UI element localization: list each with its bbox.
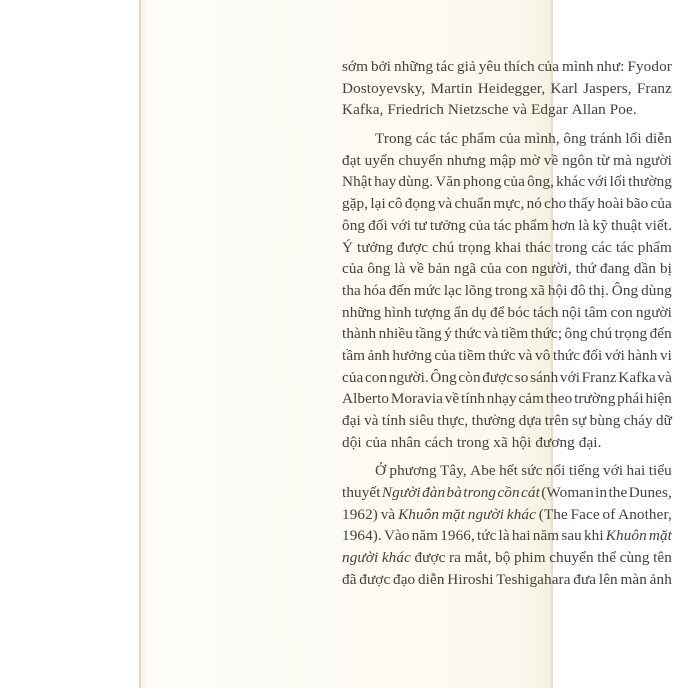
- text-line: Trongcáctácphẩmcủamình,ôngtránhlốidiễn: [342, 128, 672, 150]
- body-word: thị.: [589, 280, 609, 302]
- text-line: ỞphươngTây,Abehếtsứcnổitiếngvớihaitiểu: [342, 460, 672, 482]
- body-word: chuyển: [398, 150, 442, 172]
- body-word: Tây,: [440, 460, 467, 482]
- body-word: dùng.: [398, 171, 433, 193]
- body-word: còn: [458, 367, 480, 389]
- body-word: dùng: [641, 280, 672, 302]
- body-word: Poe.: [610, 99, 637, 121]
- body-word: Allan: [572, 99, 606, 121]
- body-word: bị: [660, 258, 672, 280]
- body-word: hai: [627, 460, 646, 482]
- body-word: diễn: [418, 569, 445, 591]
- body-word: bùng: [590, 410, 621, 432]
- body-word: sớm: [342, 56, 368, 78]
- body-word: những: [342, 302, 381, 324]
- body-word: (Woman: [541, 482, 594, 504]
- body-word: với: [603, 460, 623, 482]
- body-word: con: [611, 302, 633, 324]
- body-word: lạc: [444, 280, 462, 302]
- body-word: gặp,: [342, 193, 368, 215]
- body-word: kỹ: [593, 215, 608, 237]
- body-word: trong: [457, 432, 490, 454]
- body-word: ẩn: [454, 302, 469, 324]
- text-line: Ýtưởngđượcchútrọngkhaitháctrongcáctácphẩ…: [342, 237, 672, 259]
- body-word: đưa: [573, 569, 596, 591]
- text-line: củaconngười.ÔngcònđượcsosánhvớiFranzKafk…: [342, 367, 672, 389]
- body-word: hết: [499, 460, 518, 482]
- body-word: và: [438, 193, 453, 215]
- body-word: cách: [425, 432, 453, 454]
- book-title-word: Người: [382, 482, 421, 504]
- body-word: về: [445, 388, 460, 410]
- body-word: in: [595, 482, 607, 504]
- body-word: dụ: [471, 302, 486, 324]
- body-word: lối: [625, 128, 641, 150]
- body-word: đọng: [405, 193, 436, 215]
- body-word: của: [342, 258, 363, 280]
- book-title-word: Khuôn: [398, 504, 439, 526]
- body-word: của: [499, 128, 520, 150]
- page-left-edge: [139, 0, 141, 688]
- body-word: Trong: [375, 128, 412, 150]
- body-word: đối: [583, 345, 603, 367]
- body-word: mực,: [493, 193, 524, 215]
- body-word: yêu: [479, 56, 501, 78]
- body-word: ra: [449, 547, 461, 569]
- text-line: 1962)vàKhuônmặtngườikhác(TheFaceofAnothe…: [342, 504, 672, 526]
- body-word: ông: [565, 323, 588, 345]
- text-line: đạivàtínhsiêuthực,thườngdựatrênsựbùngchá…: [342, 410, 672, 432]
- body-word: ông: [563, 128, 586, 150]
- body-word: (The: [539, 504, 568, 526]
- body-word: tác: [440, 128, 458, 150]
- body-word: bóc: [508, 302, 530, 324]
- body-word: lối: [610, 171, 626, 193]
- body-word: mập: [490, 150, 516, 172]
- body-word: lên: [599, 569, 618, 591]
- text-line: dộicủanhâncáchtrongxãhộiđươngđại.: [342, 432, 672, 454]
- body-word: chú: [432, 237, 454, 259]
- body-word: thác: [525, 237, 551, 259]
- body-word: tầng: [415, 323, 442, 345]
- body-word: tính: [382, 410, 406, 432]
- book-title-word: người: [342, 547, 378, 569]
- body-word: Face: [571, 504, 600, 526]
- body-word: Franz: [582, 367, 617, 389]
- body-word: Văn: [435, 171, 461, 193]
- body-word: ý: [444, 323, 452, 345]
- body-word: hội: [548, 280, 568, 302]
- body-word: đô: [570, 280, 585, 302]
- body-word: là: [499, 525, 510, 547]
- body-word: là: [578, 215, 589, 237]
- body-word: phẩm: [461, 128, 495, 150]
- text-line: nhữnghìnhtượngẩndụđểbóctáchnộitâmconngườ…: [342, 302, 672, 324]
- text-line: thahóađếnmứclạclõngtrongxãhộiđôthị.Ôngdù…: [342, 280, 672, 302]
- body-word: đã: [342, 569, 357, 591]
- body-word: từ: [597, 150, 610, 172]
- body-word: nội: [562, 302, 582, 324]
- body-word: con: [365, 367, 387, 389]
- body-word: trọng: [615, 323, 648, 345]
- body-word: thức: [454, 323, 481, 345]
- body-word: viết.: [645, 215, 672, 237]
- body-word: về: [409, 258, 424, 280]
- body-word: Fyodor: [627, 56, 671, 78]
- body-word: mờ: [520, 150, 540, 172]
- body-word: hình: [384, 302, 411, 324]
- body-word: người.: [389, 367, 429, 389]
- book-title-word: đàn: [422, 482, 445, 504]
- body-word: hóa: [364, 280, 386, 302]
- body-word: mắt,: [465, 547, 492, 569]
- body-word: như:: [596, 56, 624, 78]
- text-line: Dostoyevsky,MartinHeidegger,KarlJaspers,…: [342, 78, 672, 100]
- body-word: tiềm: [501, 323, 528, 345]
- body-word: nổi: [546, 460, 566, 482]
- body-word: Martin: [431, 78, 473, 100]
- text-line: sớmbởinhữngtácgiảyêuthíchcủamìnhnhư:Fyod…: [342, 56, 672, 78]
- body-word: cô: [388, 193, 403, 215]
- body-word: thứ: [576, 258, 596, 280]
- body-word: Franz: [637, 78, 672, 100]
- body-word: xã: [530, 280, 545, 302]
- body-word: bởi: [371, 56, 391, 78]
- body-word: với: [605, 345, 625, 367]
- body-word: về: [544, 150, 559, 172]
- body-word: phẩm: [638, 237, 672, 259]
- body-word: tiểu: [649, 460, 672, 482]
- body-word: tính: [461, 388, 485, 410]
- body-word: chuyển: [549, 547, 593, 569]
- body-word: tránh: [590, 128, 622, 150]
- body-word: con: [506, 258, 528, 280]
- body-word: Friedrich: [387, 99, 444, 121]
- book-title-word: mặt: [442, 504, 465, 526]
- body-word: ngã: [454, 258, 476, 280]
- body-word: Ở: [375, 460, 386, 482]
- body-word: tâm: [584, 302, 607, 324]
- body-word: với: [560, 367, 580, 389]
- book-title-word: khác: [382, 547, 411, 569]
- body-word: đại: [342, 410, 361, 432]
- body-word: hai: [512, 525, 531, 547]
- text-line: AlbertoMoraviavềtínhnhạycảmtheotrườngphá…: [342, 388, 672, 410]
- body-word: Dunes,: [629, 482, 672, 504]
- body-word: hành: [628, 345, 658, 367]
- body-word: ảnh: [650, 569, 672, 591]
- body-word: nhạy: [487, 388, 517, 410]
- body-word: khi: [584, 525, 604, 547]
- book-title-word: cồn: [497, 482, 519, 504]
- body-word: ông,: [527, 171, 554, 193]
- body-word: đối: [368, 215, 388, 237]
- body-word: tượng: [415, 302, 451, 324]
- body-word: của: [366, 432, 387, 454]
- body-word: khác: [556, 171, 585, 193]
- body-word: thành: [342, 323, 376, 345]
- body-word: phong: [463, 171, 501, 193]
- body-word: với: [587, 171, 607, 193]
- body-word: và: [381, 504, 396, 526]
- body-word: khai: [495, 237, 522, 259]
- body-word: cùng: [620, 547, 650, 569]
- body-word: phẩm: [515, 215, 549, 237]
- body-word: thuyết: [342, 482, 381, 504]
- book-title-word: khác: [507, 504, 536, 526]
- body-word: bão: [626, 193, 648, 215]
- book-title-word: Khuôn: [606, 525, 647, 547]
- body-word: diễn: [645, 128, 672, 150]
- body-word: tha: [342, 280, 361, 302]
- body-word: tiềm: [458, 345, 485, 367]
- body-word: tưởng: [430, 215, 466, 237]
- body-word: đang: [600, 258, 630, 280]
- body-word: tầm: [342, 345, 365, 367]
- body-word: trọng: [458, 237, 491, 259]
- body-word: tiếng: [569, 460, 600, 482]
- body-word: tức: [477, 525, 497, 547]
- body-word: thức: [488, 345, 515, 367]
- body-word: và: [657, 367, 672, 389]
- body-word: với: [391, 215, 411, 237]
- body-word: so: [515, 367, 529, 389]
- body-word: theo: [546, 388, 573, 410]
- body-word: người,: [532, 258, 572, 280]
- body-word: đương: [535, 432, 575, 454]
- body-word: người: [636, 302, 672, 324]
- body-word: nhưng: [447, 150, 486, 172]
- body-word: lõng: [465, 280, 492, 302]
- body-word: trên: [545, 410, 569, 432]
- body-word: Nietzsche: [448, 99, 509, 121]
- body-word: tách: [533, 302, 559, 324]
- body-word: phim: [514, 547, 546, 569]
- body-word: được: [482, 367, 513, 389]
- body-word: đến: [650, 323, 672, 345]
- body-word: bộ: [495, 547, 510, 569]
- body-word: cảm: [518, 388, 544, 410]
- book-paper-page: sớmbởinhữngtácgiảyêuthíchcủamìnhnhư:Fyod…: [139, 0, 553, 688]
- body-word: thức;: [531, 323, 563, 345]
- body-word: của: [650, 193, 671, 215]
- body-word: vi: [660, 345, 672, 367]
- body-word: lại: [370, 193, 385, 215]
- body-word: siêu: [409, 410, 434, 432]
- body-word: Ông: [612, 280, 638, 302]
- body-word: hơn: [552, 215, 576, 237]
- body-word: Ông: [430, 367, 456, 389]
- text-line: Nhậthaydùng.Vănphongcủaông,khácvớilốithư…: [342, 171, 672, 193]
- body-word: hội: [512, 432, 532, 454]
- body-word: xã: [493, 432, 508, 454]
- body-word: sức: [521, 460, 542, 482]
- body-word: và: [518, 345, 533, 367]
- body-word: the: [608, 482, 627, 504]
- body-word: Karl: [551, 78, 578, 100]
- body-word: hiện: [645, 388, 672, 410]
- text-line: ngườikhácđượcramắt,bộphimchuyểnthểcùngtê…: [342, 547, 672, 569]
- body-word: hay: [374, 171, 396, 193]
- body-word: thể: [597, 547, 616, 569]
- text-line: thànhnhiềutầngýthứcvàtiềmthức;ôngchútrọn…: [342, 323, 672, 345]
- body-word: ảnh: [368, 345, 390, 367]
- body-word: tác: [616, 237, 634, 259]
- body-word: uyển: [365, 150, 395, 172]
- body-word: 1966,: [440, 525, 475, 547]
- body-word: dữ: [656, 410, 672, 432]
- body-word: đại.: [579, 432, 602, 454]
- body-word: Kafka,: [342, 99, 384, 121]
- body-word: Hiroshi: [447, 569, 493, 591]
- body-word: nhân: [391, 432, 421, 454]
- body-word: của: [469, 215, 490, 237]
- body-word: dựa: [519, 410, 542, 432]
- body-word: của: [342, 367, 363, 389]
- body-word: để: [490, 302, 505, 324]
- body-word: thức: [553, 345, 580, 367]
- paragraph: ỞphươngTây,Abehếtsứcnổitiếngvớihaitiểuth…: [342, 460, 672, 590]
- body-word: của: [504, 171, 525, 193]
- body-word: giả: [457, 56, 476, 78]
- body-word: sánh: [530, 367, 558, 389]
- body-word: hưởng: [392, 345, 432, 367]
- paragraph: Trongcáctácphẩmcủamình,ôngtránhlốidiễnđạ…: [342, 128, 672, 453]
- body-word: và: [364, 410, 379, 432]
- body-word: of: [603, 504, 616, 526]
- body-word: Dostoyevsky,: [342, 78, 425, 100]
- body-word: đạt: [342, 150, 361, 172]
- body-word: nó: [527, 193, 542, 215]
- body-word: Ý: [342, 237, 353, 259]
- body-word: dần: [634, 258, 656, 280]
- text-line: củaônglàvềbảnngãcủaconngười,thứđangdầnbị: [342, 258, 672, 280]
- body-word: mà: [613, 150, 632, 172]
- body-word: nhiều: [379, 323, 413, 345]
- body-word: đến: [389, 280, 411, 302]
- body-word: của: [538, 56, 559, 78]
- body-word: vô: [535, 345, 550, 367]
- body-word: thực,: [437, 410, 468, 432]
- body-word: được: [397, 237, 428, 259]
- body-word: thuật: [611, 215, 642, 237]
- body-word: Vào: [384, 525, 410, 547]
- body-word: Heidegger,: [478, 78, 545, 100]
- body-word: cháy: [624, 410, 653, 432]
- body-word: và: [484, 323, 499, 345]
- body-word: Teshigahara: [496, 569, 570, 591]
- text-line: đãđượcđạodiễnHiroshiTeshigaharađưalênmàn…: [342, 569, 672, 591]
- body-word: thích: [504, 56, 535, 78]
- book-page-photo: sớmbởinhữngtácgiảyêuthíchcủamìnhnhư:Fyod…: [0, 0, 688, 688]
- body-word: Kafka: [618, 367, 656, 389]
- text-block: sớmbởinhữngtácgiảyêuthíchcủamìnhnhư:Fyod…: [342, 56, 672, 591]
- text-line: gặp,lạicôđọngvàchuẩnmực,nóchothấyhoàibão…: [342, 193, 672, 215]
- body-word: những: [394, 56, 433, 78]
- body-word: mình,: [524, 128, 560, 150]
- body-word: trường: [574, 388, 615, 410]
- book-title-word: mặt: [649, 525, 672, 547]
- body-word: thấy: [569, 193, 596, 215]
- body-word: chú: [590, 323, 612, 345]
- body-word: là: [394, 258, 405, 280]
- paragraph: sớmbởinhữngtácgiảyêuthíchcủamìnhnhư:Fyod…: [342, 56, 672, 121]
- body-word: sự: [572, 410, 586, 432]
- body-word: Nhật: [342, 171, 372, 193]
- body-word: tưởng: [357, 237, 393, 259]
- body-word: màn: [620, 569, 646, 591]
- body-word: Jaspers,: [583, 78, 631, 100]
- body-word: hoài: [597, 193, 624, 215]
- body-word: 1964).: [342, 525, 382, 547]
- body-word: phái: [617, 388, 644, 410]
- body-word: mức: [414, 280, 441, 302]
- body-word: được: [414, 547, 445, 569]
- body-word: của: [434, 345, 455, 367]
- text-line: tầmảnhhưởngcủatiềmthứcvàvôthứcđốivớihành…: [342, 345, 672, 367]
- book-title-word: bà: [447, 482, 462, 504]
- body-word: được: [359, 569, 390, 591]
- body-word: năm: [412, 525, 438, 547]
- body-word: tư: [414, 215, 427, 237]
- body-word: chuẩn: [454, 193, 491, 215]
- body-word: 1962): [342, 504, 378, 526]
- body-word: năm: [533, 525, 559, 547]
- body-word: ông: [367, 258, 390, 280]
- body-word: thường: [472, 410, 516, 432]
- body-word: dội: [342, 432, 362, 454]
- body-word: đạo: [393, 569, 415, 591]
- body-word: Abe: [470, 460, 496, 482]
- body-word: thường: [628, 171, 672, 193]
- text-line: đạtuyểnchuyểnnhưngmậpmờvềngôntừmàngười: [342, 150, 672, 172]
- book-title-word: người: [468, 504, 504, 526]
- body-word: Another,: [618, 504, 672, 526]
- body-word: tác: [493, 215, 511, 237]
- body-word: trong: [495, 280, 528, 302]
- body-word: tên: [653, 547, 672, 569]
- book-title-word: cát: [521, 482, 540, 504]
- text-line: ôngđốivớitưtưởngcủatácphẩmhơnlàkỹthuậtvi…: [342, 215, 672, 237]
- body-word: và: [513, 99, 528, 121]
- body-word: Moravia: [391, 388, 443, 410]
- body-word: Edgar: [531, 99, 568, 121]
- book-title-word: trong: [463, 482, 496, 504]
- body-word: ông: [342, 215, 365, 237]
- body-word: mình: [562, 56, 594, 78]
- body-word: bản: [428, 258, 450, 280]
- body-word: các: [416, 128, 437, 150]
- body-word: cho: [544, 193, 566, 215]
- body-word: của: [480, 258, 501, 280]
- body-word: tác: [436, 56, 454, 78]
- body-word: các: [591, 237, 612, 259]
- body-word: sau: [561, 525, 582, 547]
- body-word: người: [636, 150, 672, 172]
- text-line: Kafka,FriedrichNietzschevàEdgarAllanPoe.: [342, 99, 672, 121]
- body-word: Alberto: [342, 388, 389, 410]
- body-word: ngôn: [562, 150, 593, 172]
- body-word: trong: [555, 237, 588, 259]
- body-word: phương: [389, 460, 436, 482]
- text-line: 1964).Vàonăm1966,tứclàhainămsaukhiKhuônm…: [342, 525, 672, 547]
- text-line: thuyếtNgườiđànbàtrongcồncát(WomanintheDu…: [342, 482, 672, 504]
